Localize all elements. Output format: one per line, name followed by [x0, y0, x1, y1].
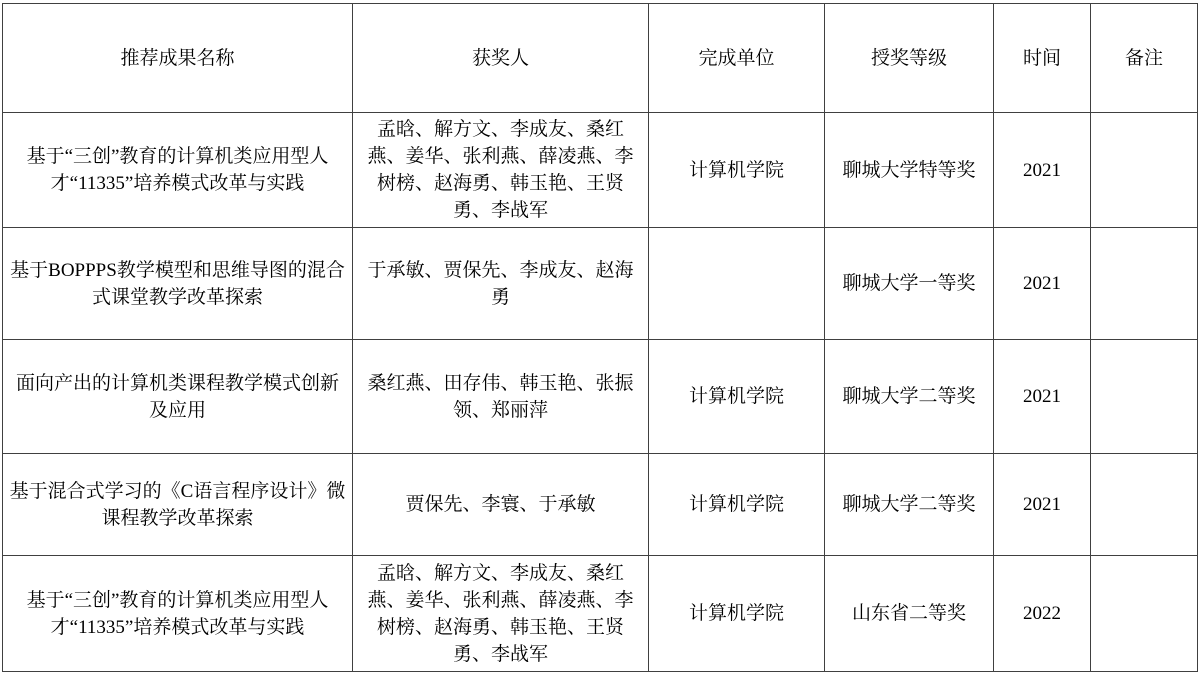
header-achievement-name: 推荐成果名称	[3, 4, 353, 113]
cell-year: 2021	[994, 340, 1091, 454]
cell-achievement-name: 基于混合式学习的《C语言程序设计》微课程教学改革探索	[3, 454, 353, 556]
header-unit: 完成单位	[649, 4, 825, 113]
cell-award-level: 聊城大学特等奖	[825, 113, 994, 228]
cell-note	[1091, 113, 1198, 228]
cell-year: 2021	[994, 454, 1091, 556]
document-page: 推荐成果名称 获奖人 完成单位 授奖等级 时间 备注 基于“三创”教育的计算机类…	[0, 0, 1199, 672]
cell-year: 2022	[994, 556, 1091, 672]
cell-award-level: 聊城大学二等奖	[825, 454, 994, 556]
cell-note	[1091, 454, 1198, 556]
table-row: 基于混合式学习的《C语言程序设计》微课程教学改革探索 贾保先、李寰、于承敏 计算…	[3, 454, 1198, 556]
cell-winners: 于承敏、贾保先、李成友、赵海勇	[353, 228, 649, 340]
cell-note	[1091, 228, 1198, 340]
header-note: 备注	[1091, 4, 1198, 113]
header-award-level: 授奖等级	[825, 4, 994, 113]
table-row: 基于“三创”教育的计算机类应用型人才“11335”培养模式改革与实践 孟晗、解方…	[3, 556, 1198, 672]
cell-achievement-name: 面向产出的计算机类课程教学模式创新及应用	[3, 340, 353, 454]
cell-award-level: 聊城大学二等奖	[825, 340, 994, 454]
cell-winners: 贾保先、李寰、于承敏	[353, 454, 649, 556]
table-row: 基于BOPPPS教学模型和思维导图的混合式课堂教学改革探索 于承敏、贾保先、李成…	[3, 228, 1198, 340]
header-time: 时间	[994, 4, 1091, 113]
cell-unit	[649, 228, 825, 340]
header-row: 推荐成果名称 获奖人 完成单位 授奖等级 时间 备注	[3, 4, 1198, 113]
cell-unit: 计算机学院	[649, 113, 825, 228]
cell-year: 2021	[994, 228, 1091, 340]
table-row: 基于“三创”教育的计算机类应用型人才“11335”培养模式改革与实践 孟晗、解方…	[3, 113, 1198, 228]
cell-winners: 孟晗、解方文、李成友、桑红燕、姜华、张利燕、薛凌燕、李树榜、赵海勇、韩玉艳、王贤…	[353, 113, 649, 228]
cell-note	[1091, 340, 1198, 454]
cell-unit: 计算机学院	[649, 556, 825, 672]
header-winners: 获奖人	[353, 4, 649, 113]
cell-unit: 计算机学院	[649, 340, 825, 454]
cell-unit: 计算机学院	[649, 454, 825, 556]
cell-achievement-name: 基于BOPPPS教学模型和思维导图的混合式课堂教学改革探索	[3, 228, 353, 340]
cell-achievement-name: 基于“三创”教育的计算机类应用型人才“11335”培养模式改革与实践	[3, 556, 353, 672]
cell-award-level: 山东省二等奖	[825, 556, 994, 672]
cell-winners: 孟晗、解方文、李成友、桑红燕、姜华、张利燕、薛凌燕、李树榜、赵海勇、韩玉艳、王贤…	[353, 556, 649, 672]
cell-winners: 桑红燕、田存伟、韩玉艳、张振领、郑丽萍	[353, 340, 649, 454]
cell-year: 2021	[994, 113, 1091, 228]
cell-note	[1091, 556, 1198, 672]
awards-table: 推荐成果名称 获奖人 完成单位 授奖等级 时间 备注 基于“三创”教育的计算机类…	[2, 3, 1198, 672]
cell-award-level: 聊城大学一等奖	[825, 228, 994, 340]
table-row: 面向产出的计算机类课程教学模式创新及应用 桑红燕、田存伟、韩玉艳、张振领、郑丽萍…	[3, 340, 1198, 454]
cell-achievement-name: 基于“三创”教育的计算机类应用型人才“11335”培养模式改革与实践	[3, 113, 353, 228]
